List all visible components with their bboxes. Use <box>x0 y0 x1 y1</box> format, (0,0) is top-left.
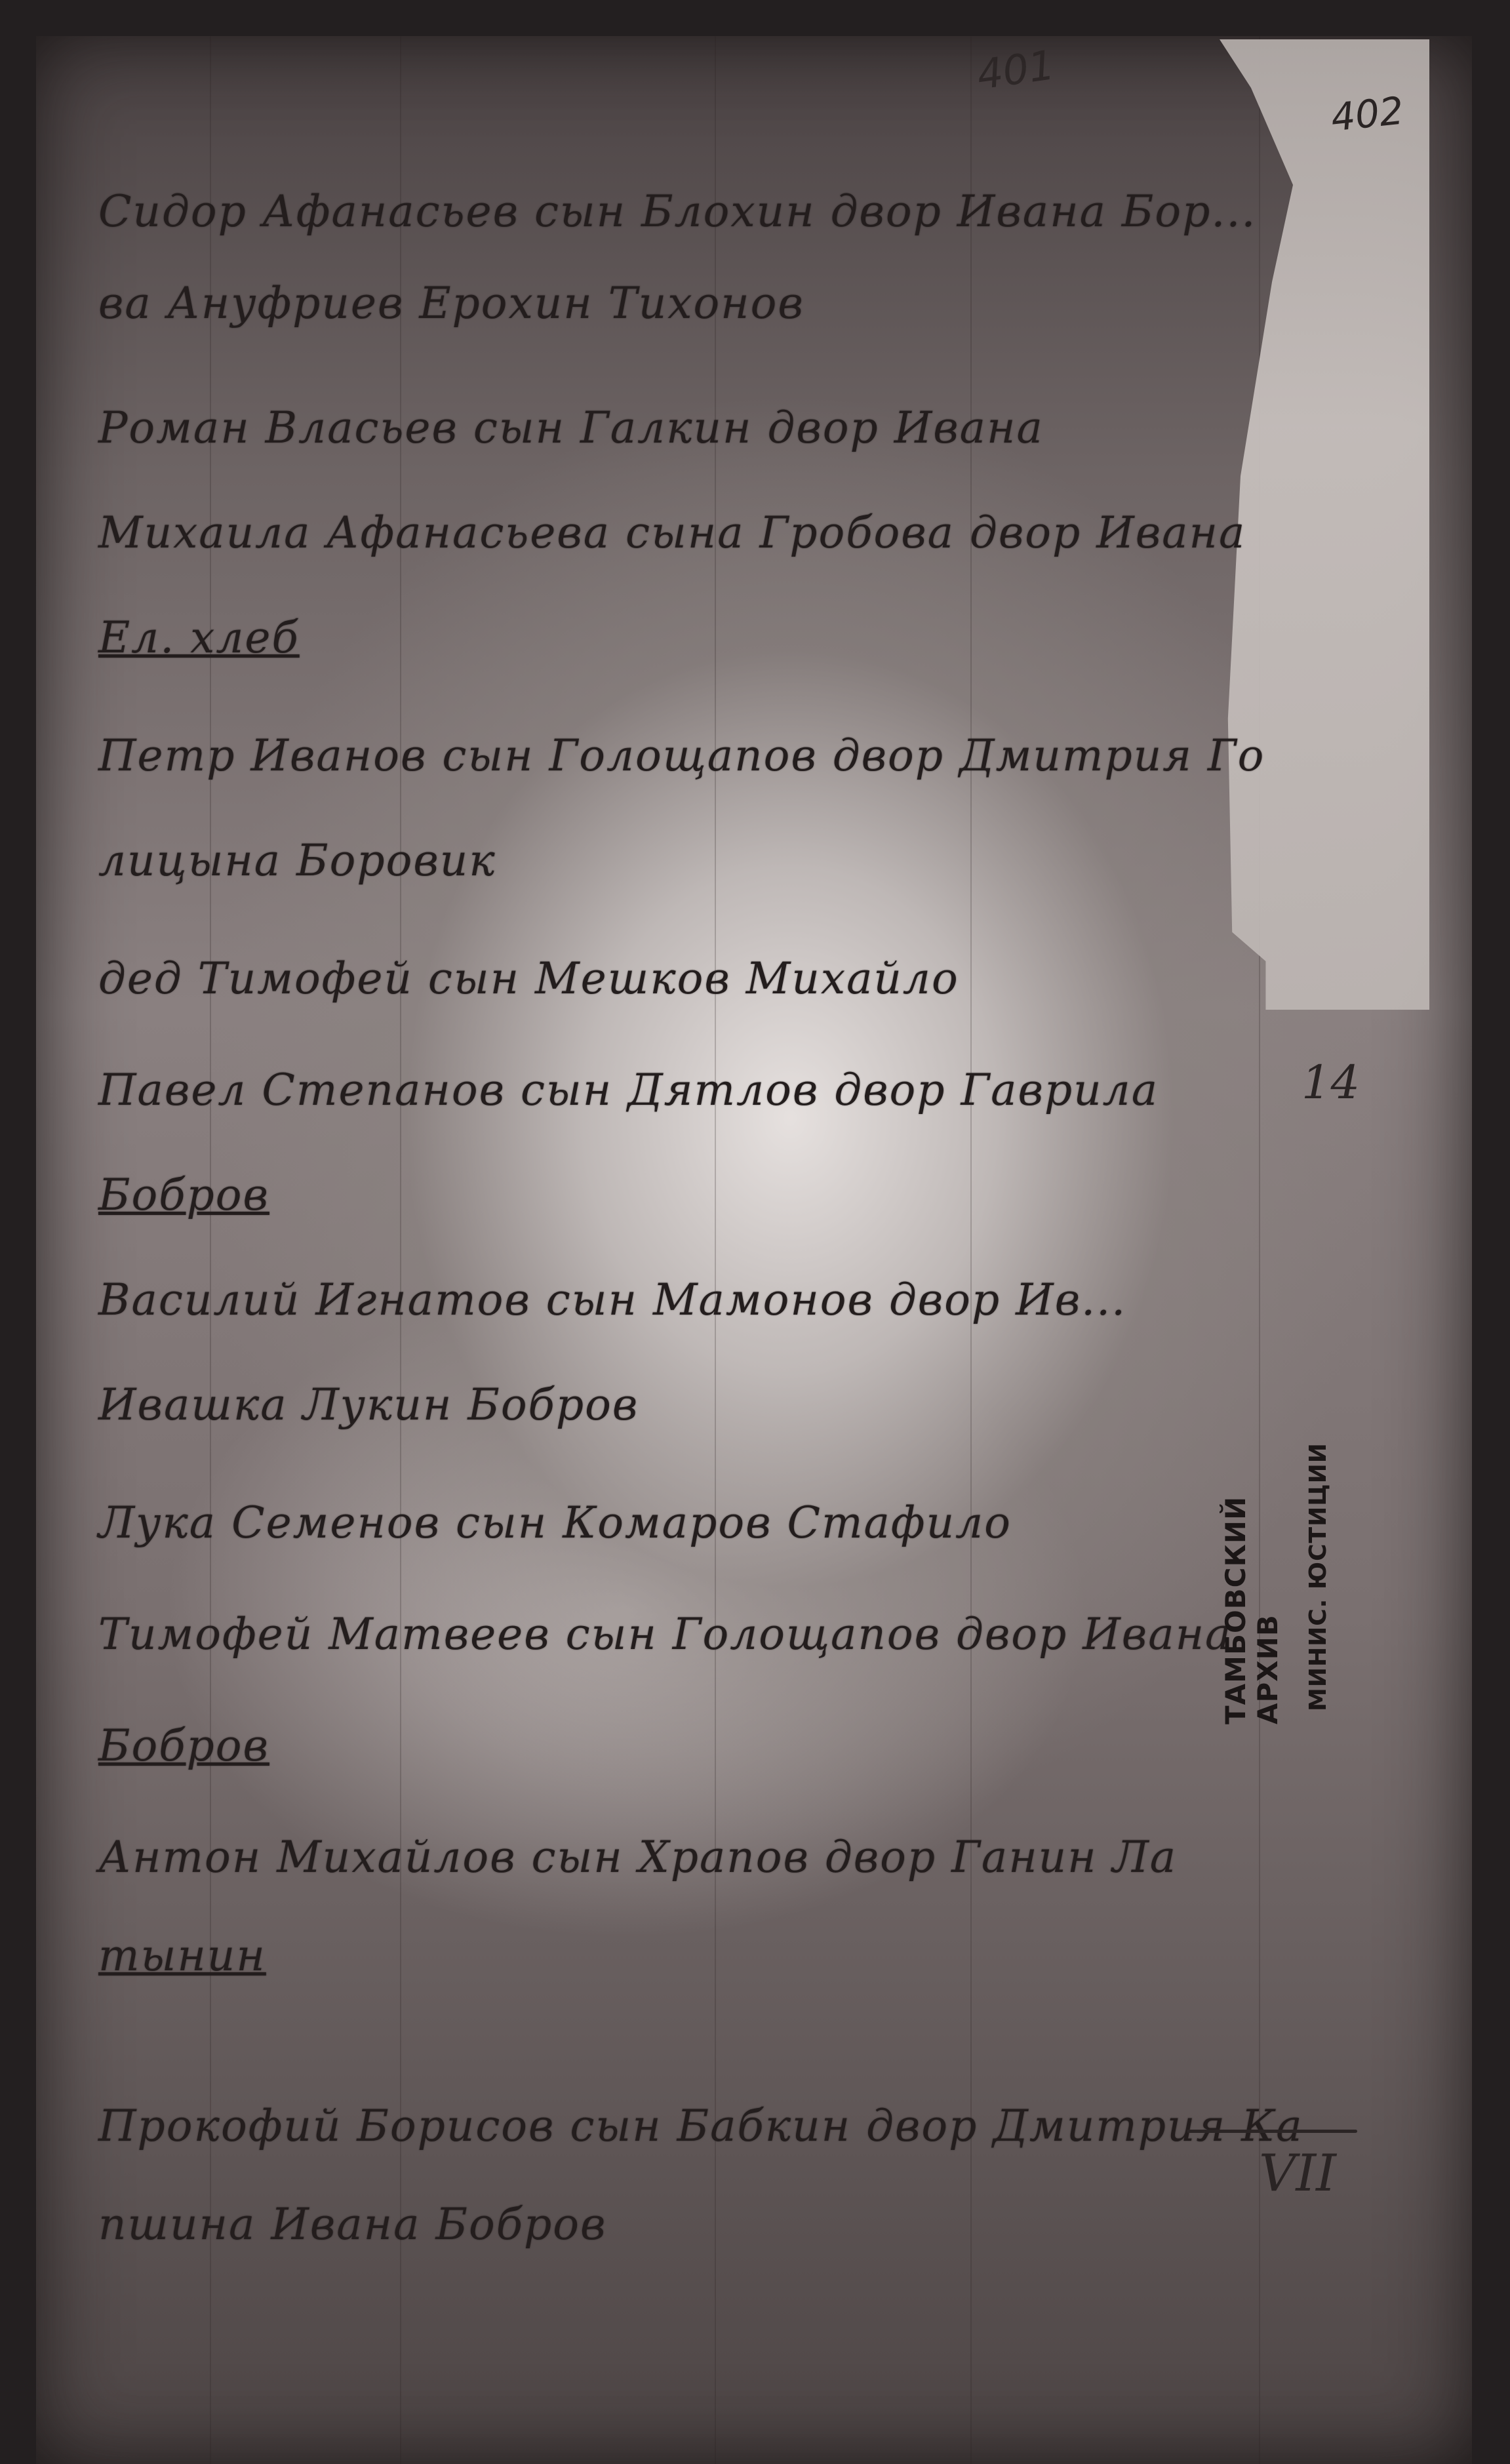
manuscript-line: тынин <box>98 1934 266 1977</box>
archive-stamp-line1: ТАМБОВСКИЙ АРХИВ <box>1220 1410 1284 1724</box>
manuscript-line: дед Тимофей сын Мешков Михайло <box>98 957 959 1001</box>
manuscript-line: Петр Иванов сын Голощапов двор Дмитрия Г… <box>98 734 1265 778</box>
manuscript-line: Павел Степанов сын Дятлов двор Гаврила <box>98 1069 1159 1112</box>
manuscript-line: Роман Власьев сын Галкин двор Ивана <box>98 407 1044 450</box>
manuscript-line: ва Ануфриев Ерохин Тихонов <box>98 282 805 325</box>
folio-number-new: 402 <box>1329 88 1406 140</box>
margin-note-roman-numeral: VII <box>1259 2144 1336 2203</box>
manuscript-line: Лука Семенов сын Комаров Стафило <box>98 1501 1012 1545</box>
manuscript-line: Ел. хлеб <box>98 616 300 660</box>
manuscript-line: Василий Игнатов сын Мамонов двор Ив... <box>98 1279 1126 1322</box>
margin-note-number: 14 <box>1301 1056 1360 1109</box>
manuscript-line: Антон Михайлов сын Храпов двор Ганин Ла <box>98 1836 1177 1879</box>
paper-ruling-line <box>970 36 972 2464</box>
manuscript-line: пшина Ивана Бобров <box>98 2203 606 2246</box>
manuscript-line: Тимофей Матвеев сын Голощапов двор Ивана <box>98 1613 1232 1656</box>
manuscript-line: Михаила Афанасьева сына Гробова двор Ива… <box>98 511 1246 555</box>
manuscript-line: Сидор Афанасьев сын Блохин двор Ивана Бо… <box>98 190 1256 233</box>
archive-stamp-line2: МИНИС. ЮСТИЦИИ <box>1305 1423 1332 1711</box>
manuscript-line: Прокофий Борисов сын Бабкин двор Дмитрия… <box>98 2105 1303 2148</box>
manuscript-line: Бобров <box>98 1174 269 1217</box>
manuscript-line: Ивашка Лукин Бобров <box>98 1383 639 1427</box>
paper-ruling-line <box>400 36 401 2464</box>
paper-ruling-line <box>715 36 716 2464</box>
paper-ruling-line <box>210 36 211 2464</box>
manuscript-line: лицына Боровик <box>98 839 496 883</box>
manuscript-line: Бобров <box>98 1724 269 1768</box>
